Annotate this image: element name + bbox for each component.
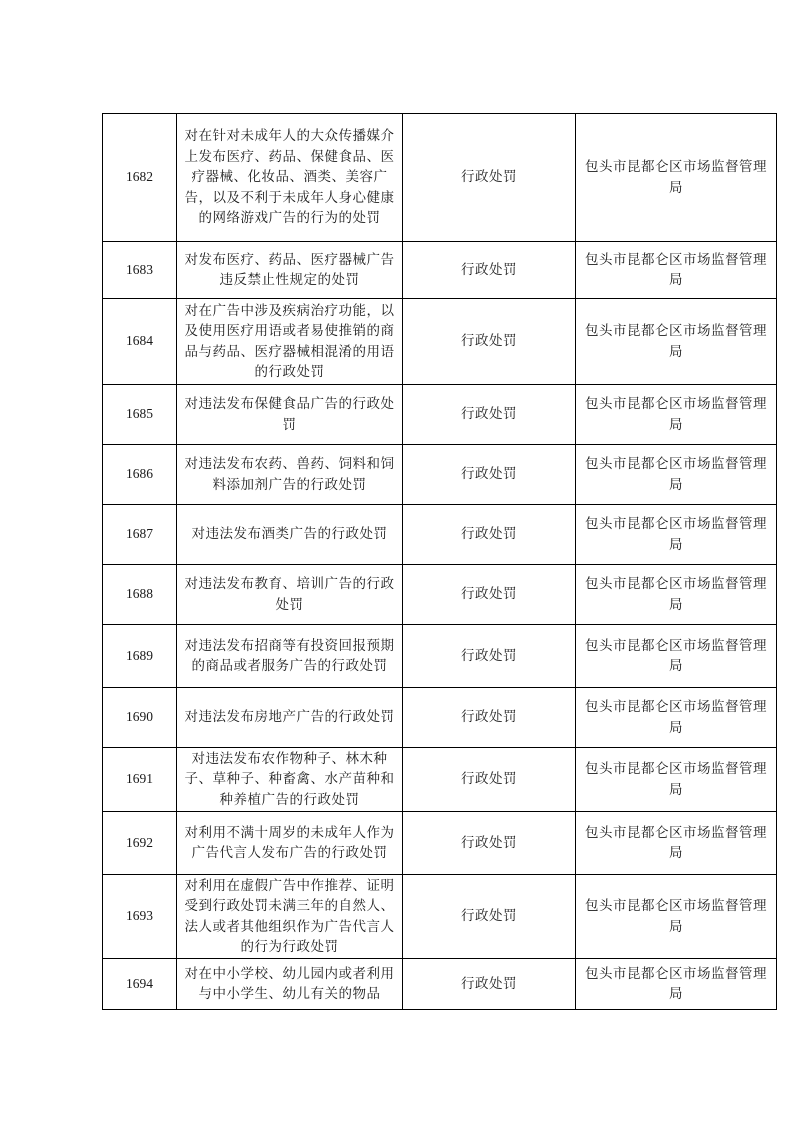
table-row: 1691 对违法发布农作物种子、林木种子、草种子、种畜禽、水产苗种和种养植广告的…: [103, 748, 777, 812]
table-row: 1682 对在针对未成年人的大众传播媒介上发布医疗、药品、保健食品、医疗器械、化…: [103, 114, 777, 242]
table-row: 1692 对利用不满十周岁的未成年人作为广告代言人发布广告的行政处罚 行政处罚 …: [103, 812, 777, 875]
implementing-department-cell: 包头市昆都仑区市场监督管理局: [576, 959, 777, 1010]
item-number-cell: 1692: [103, 812, 177, 875]
table-body: 1682 对在针对未成年人的大众传播媒介上发布医疗、药品、保健食品、医疗器械、化…: [103, 114, 777, 1010]
power-type-cell: 行政处罚: [403, 875, 576, 959]
item-name-cell: 对利用在虚假广告中作推荐、证明受到行政处罚未满三年的自然人、法人或者其他组织作为…: [177, 875, 403, 959]
table-row: 1685 对违法发布保健食品广告的行政处罚 行政处罚 包头市昆都仑区市场监督管理…: [103, 385, 777, 445]
power-type-cell: 行政处罚: [403, 242, 576, 299]
item-number-cell: 1688: [103, 565, 177, 625]
implementing-department-cell: 包头市昆都仑区市场监督管理局: [576, 385, 777, 445]
item-number-cell: 1686: [103, 445, 177, 505]
item-name-cell: 对违法发布保健食品广告的行政处罚: [177, 385, 403, 445]
item-name-cell: 对在广告中涉及疾病治疗功能，以及使用医疗用语或者易使推销的商品与药品、医疗器械相…: [177, 299, 403, 385]
item-name-cell: 对违法发布农作物种子、林木种子、草种子、种畜禽、水产苗种和种养植广告的行政处罚: [177, 748, 403, 812]
item-name-cell: 对在中小学校、幼儿园内或者利用与中小学生、幼儿有关的物品: [177, 959, 403, 1010]
implementing-department-cell: 包头市昆都仑区市场监督管理局: [576, 114, 777, 242]
table-row: 1689 对违法发布招商等有投资回报预期的商品或者服务广告的行政处罚 行政处罚 …: [103, 625, 777, 688]
item-number-cell: 1694: [103, 959, 177, 1010]
table-row: 1686 对违法发布农药、兽药、饲料和饲料添加剂广告的行政处罚 行政处罚 包头市…: [103, 445, 777, 505]
table-row: 1687 对违法发布酒类广告的行政处罚 行政处罚 包头市昆都仑区市场监督管理局: [103, 505, 777, 565]
power-type-cell: 行政处罚: [403, 565, 576, 625]
item-name-cell: 对违法发布房地产广告的行政处罚: [177, 688, 403, 748]
item-name-cell: 对在针对未成年人的大众传播媒介上发布医疗、药品、保健食品、医疗器械、化妆品、酒类…: [177, 114, 403, 242]
item-name-cell: 对发布医疗、药品、医疗器械广告违反禁止性规定的处罚: [177, 242, 403, 299]
table-row: 1684 对在广告中涉及疾病治疗功能，以及使用医疗用语或者易使推销的商品与药品、…: [103, 299, 777, 385]
implementing-department-cell: 包头市昆都仑区市场监督管理局: [576, 625, 777, 688]
item-number-cell: 1687: [103, 505, 177, 565]
table-row: 1688 对违法发布教育、培训广告的行政处罚 行政处罚 包头市昆都仑区市场监督管…: [103, 565, 777, 625]
item-number-cell: 1690: [103, 688, 177, 748]
power-type-cell: 行政处罚: [403, 445, 576, 505]
power-type-cell: 行政处罚: [403, 505, 576, 565]
implementing-department-cell: 包头市昆都仑区市场监督管理局: [576, 445, 777, 505]
item-number-cell: 1683: [103, 242, 177, 299]
item-name-cell: 对利用不满十周岁的未成年人作为广告代言人发布广告的行政处罚: [177, 812, 403, 875]
power-list-table: 1682 对在针对未成年人的大众传播媒介上发布医疗、药品、保健食品、医疗器械、化…: [102, 113, 777, 1010]
power-type-cell: 行政处罚: [403, 959, 576, 1010]
item-number-cell: 1685: [103, 385, 177, 445]
item-number-cell: 1682: [103, 114, 177, 242]
power-type-cell: 行政处罚: [403, 748, 576, 812]
item-number-cell: 1691: [103, 748, 177, 812]
implementing-department-cell: 包头市昆都仑区市场监督管理局: [576, 748, 777, 812]
power-type-cell: 行政处罚: [403, 625, 576, 688]
implementing-department-cell: 包头市昆都仑区市场监督管理局: [576, 875, 777, 959]
power-type-cell: 行政处罚: [403, 114, 576, 242]
item-number-cell: 1693: [103, 875, 177, 959]
implementing-department-cell: 包头市昆都仑区市场监督管理局: [576, 688, 777, 748]
item-name-cell: 对违法发布教育、培训广告的行政处罚: [177, 565, 403, 625]
implementing-department-cell: 包头市昆都仑区市场监督管理局: [576, 505, 777, 565]
table-row: 1694 对在中小学校、幼儿园内或者利用与中小学生、幼儿有关的物品 行政处罚 包…: [103, 959, 777, 1010]
implementing-department-cell: 包头市昆都仑区市场监督管理局: [576, 565, 777, 625]
power-type-cell: 行政处罚: [403, 299, 576, 385]
item-name-cell: 对违法发布农药、兽药、饲料和饲料添加剂广告的行政处罚: [177, 445, 403, 505]
power-type-cell: 行政处罚: [403, 385, 576, 445]
item-number-cell: 1684: [103, 299, 177, 385]
table-row: 1693 对利用在虚假广告中作推荐、证明受到行政处罚未满三年的自然人、法人或者其…: [103, 875, 777, 959]
implementing-department-cell: 包头市昆都仑区市场监督管理局: [576, 299, 777, 385]
power-type-cell: 行政处罚: [403, 812, 576, 875]
implementing-department-cell: 包头市昆都仑区市场监督管理局: [576, 812, 777, 875]
table-row: 1683 对发布医疗、药品、医疗器械广告违反禁止性规定的处罚 行政处罚 包头市昆…: [103, 242, 777, 299]
table-row: 1690 对违法发布房地产广告的行政处罚 行政处罚 包头市昆都仑区市场监督管理局: [103, 688, 777, 748]
power-type-cell: 行政处罚: [403, 688, 576, 748]
item-name-cell: 对违法发布酒类广告的行政处罚: [177, 505, 403, 565]
implementing-department-cell: 包头市昆都仑区市场监督管理局: [576, 242, 777, 299]
item-number-cell: 1689: [103, 625, 177, 688]
item-name-cell: 对违法发布招商等有投资回报预期的商品或者服务广告的行政处罚: [177, 625, 403, 688]
